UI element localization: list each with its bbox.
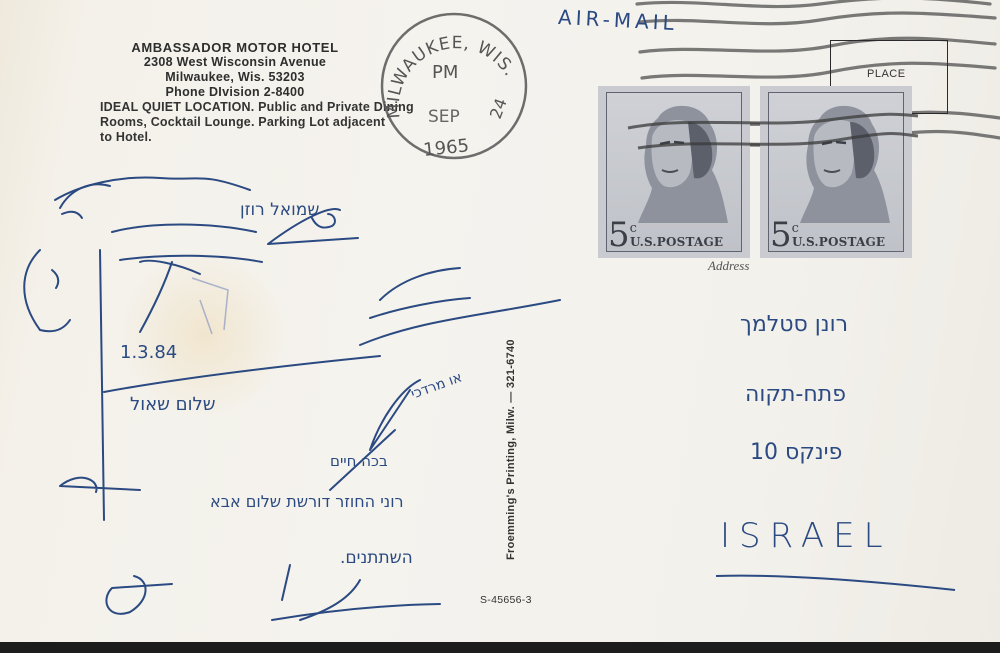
postcard-back: AMBASSADOR MOTOR HOTEL 2308 West Wiscons… [0,0,1000,642]
signatures [0,0,1000,642]
scan-edge [0,642,1000,653]
